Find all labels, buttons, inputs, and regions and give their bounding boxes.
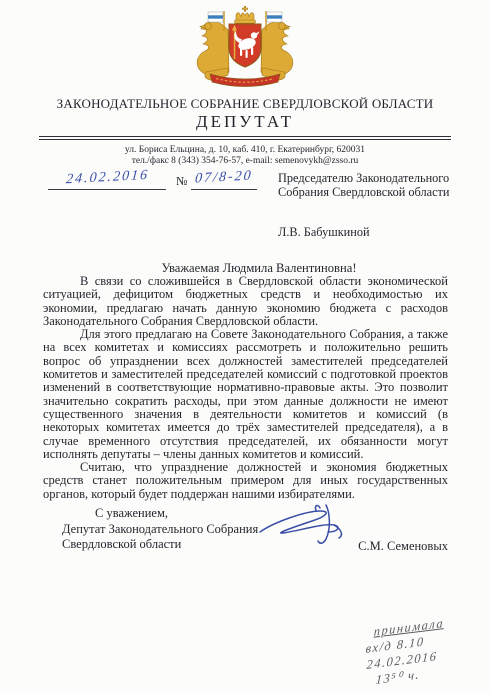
coat-of-arms-icon bbox=[182, 6, 308, 99]
sender-role-line-1: Депутат Законодательного Собрания bbox=[62, 522, 258, 537]
recipient-name: Л.В. Бабушкиной bbox=[278, 225, 370, 240]
address-line-2: тел./факс 8 (343) 354-76-57, e-mail: sem… bbox=[0, 156, 490, 167]
sender-name: С.М. Семеновых bbox=[358, 539, 448, 554]
received-stamp-note: принимала вх/д 8.10 24.02.2016 13⁵⁰ ч. bbox=[327, 611, 484, 692]
recipient-line-2: Собрания Свердловской области bbox=[278, 186, 458, 200]
body-paragraph-1: В связи со сложившейся в Свердловской об… bbox=[43, 275, 448, 328]
address-line-1: ул. Бориса Ельцина, д. 10, каб. 410, г. … bbox=[0, 145, 490, 156]
letter-body: В связи со сложившейся в Свердловской об… bbox=[43, 275, 448, 501]
recipient-block: Председателю Законодательного Собрания С… bbox=[278, 172, 458, 199]
body-paragraph-3: Считаю, что упразднение должностей и эко… bbox=[43, 461, 448, 501]
deputy-title: ДЕПУТАТ bbox=[0, 112, 490, 132]
scanned-letter-page: ЗАКОНОДАТЕЛЬНОЕ СОБРАНИЕ СВЕРДЛОВСКОЙ ОБ… bbox=[0, 0, 490, 692]
sender-role: Депутат Законодательного Собрания Свердл… bbox=[62, 522, 258, 552]
letterhead-address: ул. Бориса Ельцина, д. 10, каб. 410, г. … bbox=[0, 145, 490, 167]
ref-number-field: 07/8-20 bbox=[191, 168, 257, 190]
date-field: 24.02.2016 bbox=[48, 168, 166, 190]
handwritten-date: 24.02.2016 bbox=[65, 168, 149, 188]
valediction: С уважением, bbox=[95, 506, 168, 521]
body-paragraph-2: Для этого предлагаю на Совете Законодате… bbox=[43, 328, 448, 461]
recipient-line-1: Председателю Законодательного bbox=[278, 172, 458, 186]
handwritten-ref-number: 07/8-20 bbox=[195, 168, 254, 187]
org-name: ЗАКОНОДАТЕЛЬНОЕ СОБРАНИЕ СВЕРДЛОВСКОЙ ОБ… bbox=[0, 96, 490, 112]
number-label: № bbox=[176, 174, 187, 189]
sender-role-line-2: Свердловской области bbox=[62, 537, 258, 552]
signature-icon bbox=[256, 503, 348, 554]
letterhead-separator bbox=[39, 136, 451, 140]
